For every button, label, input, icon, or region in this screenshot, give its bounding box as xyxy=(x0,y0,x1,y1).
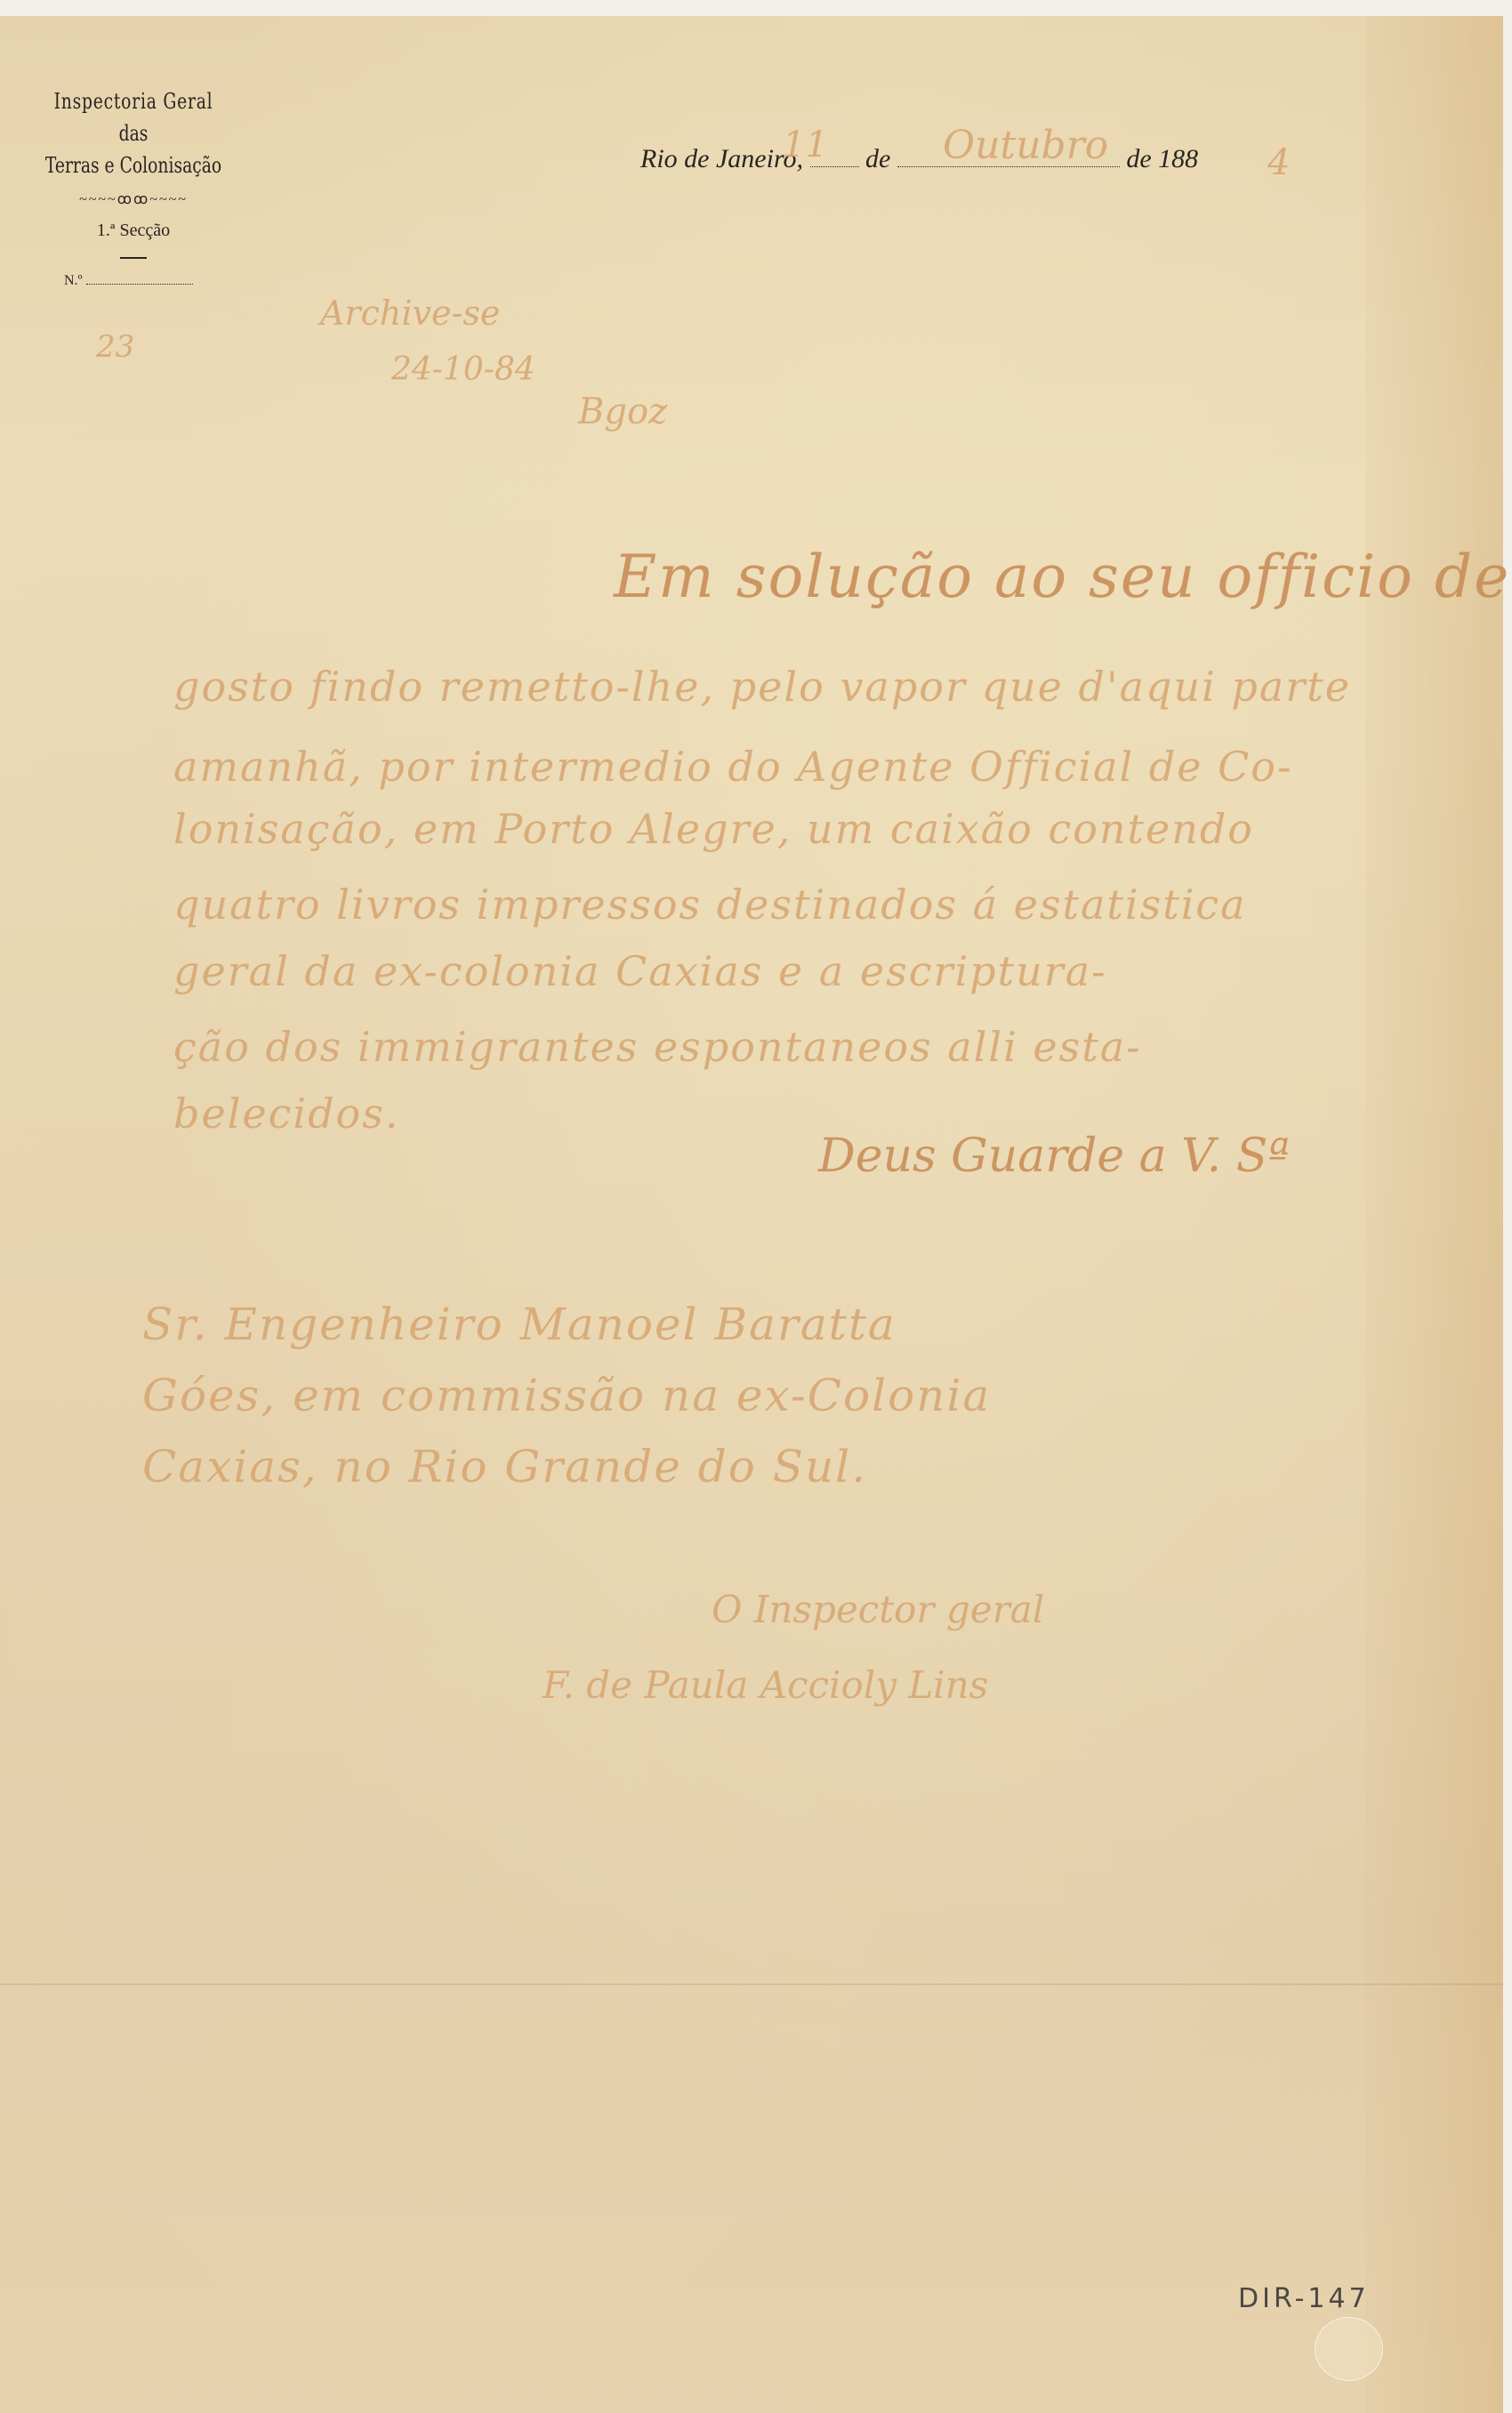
body-line-4: lonisação, em Porto Alegre, um caixão co… xyxy=(173,805,1254,853)
place: Rio de Janeiro, xyxy=(640,144,803,173)
section-label: 1.ª Secção xyxy=(0,221,267,241)
archive-initials: Bgoz xyxy=(578,391,667,432)
date-day-handwritten: 11 xyxy=(783,125,828,165)
number-dotted-line xyxy=(86,273,193,285)
archive-date: 24-10-84 xyxy=(391,351,535,388)
number-label: N.º xyxy=(64,273,83,288)
paper-tear xyxy=(1315,2317,1383,2381)
signature-title: O Inspector geral xyxy=(712,1588,1044,1631)
fold-crease xyxy=(0,1983,1503,1985)
number-handwritten: 23 xyxy=(96,329,134,365)
signature-name: F. de Paula Accioly Lins xyxy=(543,1663,988,1707)
paper-edge-discoloration xyxy=(1365,16,1503,2413)
divider xyxy=(120,257,147,259)
date-month-handwritten: Outubro xyxy=(943,123,1108,168)
archive-reference-mark: DIR-147 xyxy=(1238,2283,1370,2314)
letterhead: Inspectoria Geral das Terras e Colonisaç… xyxy=(0,89,267,289)
body-line-6: geral da ex-colonia Caxias e a escriptur… xyxy=(173,947,1107,995)
body-line-1: Em solução ao seu officio de 15 de ag- xyxy=(614,543,1512,611)
letterhead-line-1: Inspectoria Geral xyxy=(29,89,237,114)
addressee-line-2: Góes, em commissão na ex-Colonia xyxy=(142,1370,991,1421)
date-year-digit-handwritten: 4 xyxy=(1267,142,1290,183)
body-line-8: belecidos. xyxy=(173,1090,399,1138)
dateline: Rio de Janeiro, de de 188 xyxy=(640,144,1198,174)
addressee-line-3: Caxias, no Rio Grande do Sul. xyxy=(142,1441,867,1492)
body-line-5: quatro livros impressos destinados á est… xyxy=(173,881,1247,929)
letterhead-line-3: Terras e Colonisação xyxy=(29,153,237,178)
body-line-2: gosto findo remetto-lhe, pelo vapor que … xyxy=(173,663,1351,711)
de-2: de 188 xyxy=(1126,144,1198,173)
ornament-divider-icon: ~~~~ꝏꝏ~~~~ xyxy=(0,190,267,208)
closing-salutation: Deus Guarde a V. Sª xyxy=(818,1130,1290,1183)
body-line-3: amanhã, por intermedio do Agente Officia… xyxy=(173,743,1293,791)
archive-annotation: Archive-se xyxy=(320,294,500,333)
document-sheet xyxy=(0,16,1503,2413)
number-field: N.º xyxy=(0,273,267,289)
de-1: de xyxy=(865,144,890,173)
letterhead-line-2: das xyxy=(29,121,237,146)
body-line-7: ção dos immigrantes espontaneos alli est… xyxy=(173,1023,1142,1071)
addressee-line-1: Sr. Engenheiro Manoel Baratta xyxy=(142,1299,897,1350)
